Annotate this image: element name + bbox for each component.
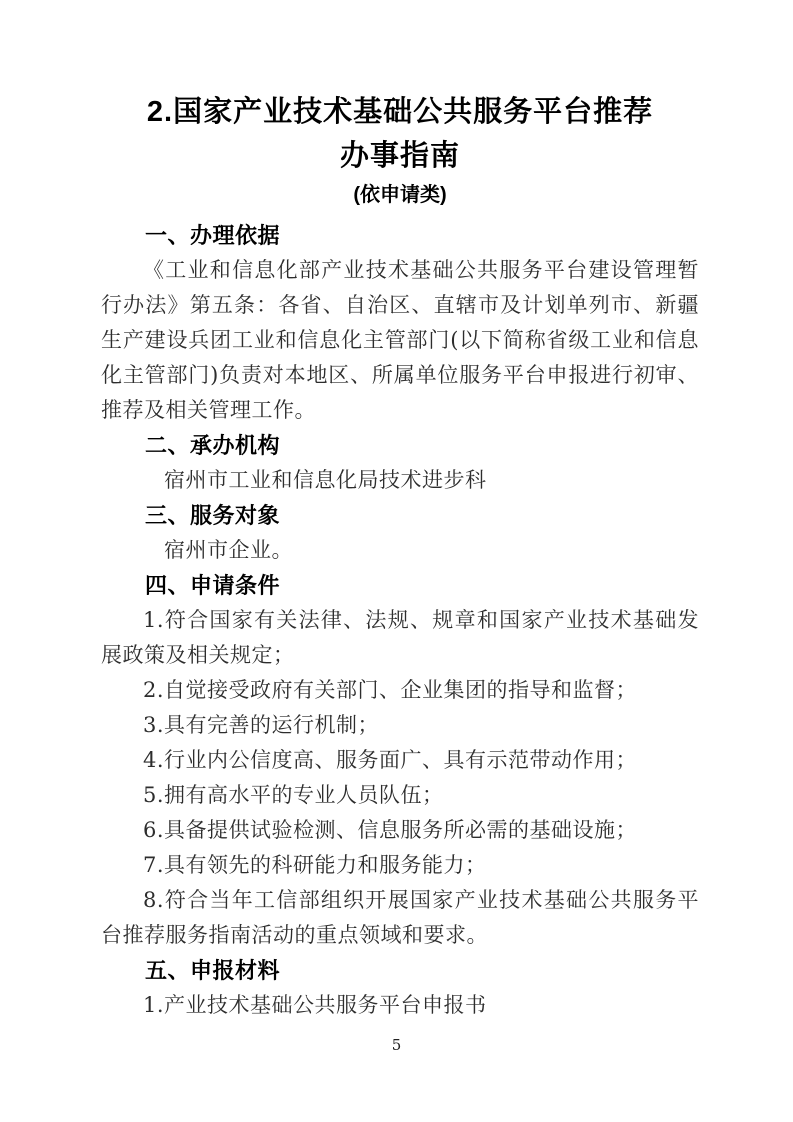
document-sections: 一、办理依据 《工业和信息化部产业技术基础公共服务平台建设管理暂行办法》第五条：… — [101, 218, 699, 1023]
paragraph-condition-2: 2.自觉接受政府有关部门、企业集团的指导和监督； — [101, 673, 699, 708]
section-heading-basis: 一、办理依据 — [101, 218, 699, 253]
paragraph-basis: 《工业和信息化部产业技术基础公共服务平台建设管理暂行办法》第五条：各省、自治区、… — [101, 253, 699, 428]
paragraph-condition-8: 8.符合当年工信部组织开展国家产业技术基础公共服务平台推荐服务指南活动的重点领域… — [101, 883, 699, 953]
paragraph-condition-1: 1.符合国家有关法律、法规、规章和国家产业技术基础发展政策及相关规定； — [101, 603, 699, 673]
section-heading-application-conditions: 四、申请条件 — [101, 568, 699, 603]
paragraph-service-target: 宿州市企业。 — [101, 533, 699, 568]
section-heading-application-materials: 五、申报材料 — [101, 953, 699, 988]
paragraph-condition-5: 5.拥有高水平的专业人员队伍； — [101, 778, 699, 813]
paragraph-condition-4: 4.行业内公信度高、服务面广、具有示范带动作用； — [101, 743, 699, 778]
document-title: 2.国家产业技术基础公共服务平台推荐 办事指南 — [101, 90, 699, 178]
paragraph-undertaking-agency: 宿州市工业和信息化局技术进步科 — [101, 463, 699, 498]
document-subtitle: (依申请类) — [101, 178, 699, 213]
document-title-line-1: 2.国家产业技术基础公共服务平台推荐 — [101, 90, 699, 134]
paragraph-material-1: 1.产业技术基础公共服务平台申报书 — [101, 988, 699, 1023]
section-heading-service-target: 三、服务对象 — [101, 498, 699, 533]
paragraph-condition-7: 7.具有领先的科研能力和服务能力； — [101, 848, 699, 883]
paragraph-condition-6: 6.具备提供试验检测、信息服务所必需的基础设施； — [101, 813, 699, 848]
page-number: 5 — [0, 1036, 793, 1054]
document-content: 2.国家产业技术基础公共服务平台推荐 办事指南 (依申请类) 一、办理依据 《工… — [0, 0, 793, 1023]
document-page: 2.国家产业技术基础公共服务平台推荐 办事指南 (依申请类) 一、办理依据 《工… — [0, 0, 793, 1122]
paragraph-condition-3: 3.具有完善的运行机制； — [101, 708, 699, 743]
document-title-line-2: 办事指南 — [101, 134, 699, 178]
section-heading-undertaking-agency: 二、承办机构 — [101, 428, 699, 463]
